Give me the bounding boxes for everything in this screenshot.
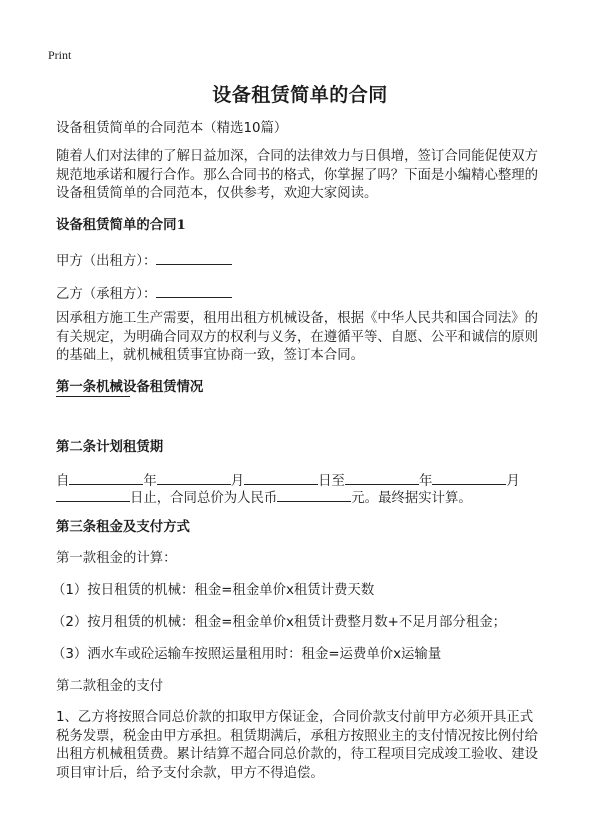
- preamble-line: 有关规定，为明确合同双方的权利与义务，在遵循平等、自愿、公平和诚信的原则: [56, 329, 556, 348]
- intro-paragraph: 随着人们对法律的了解日益加深，合同的法律效力与日俱增，签订合同能促使双方 规范地…: [56, 148, 556, 204]
- party-b-field[interactable]: [156, 283, 232, 298]
- payment-line: 出租方机械租赁费。累计结算不超合同总价款的，待工程项目完成竣工验收、建设: [56, 746, 556, 765]
- month-label: 月: [506, 474, 519, 489]
- payment-paragraph: 1、乙方将按照合同总价款的扣取甲方保证金，合同价款支付前甲方必须开具正式 税务发…: [56, 709, 556, 783]
- rent-item: （2）按月租赁的机械：租金=租金单价x租赁计费整月数+不足月部分租金；: [52, 614, 506, 632]
- intro-line: 规范地承诺和履行合作。那么合同书的格式，你掌握了吗？下面是小编精心整理的: [56, 167, 556, 186]
- party-b-label: 乙方（承租方）：: [56, 287, 156, 302]
- start-day-field[interactable]: [244, 470, 318, 485]
- payment-line: 税务发票，税金由甲方承担。租赁期满后，承租方按照业主的支付情况按比例付给: [56, 728, 556, 747]
- clause2-title: 第二款租金的支付: [56, 678, 163, 696]
- preamble-line: 的基础上，就机械租赁事宜协商一致，签订本合同。: [56, 347, 556, 366]
- end-day-field[interactable]: [56, 487, 130, 502]
- day-end-label: 日止，合同总价为人民币: [130, 491, 277, 506]
- intro-line: 随着人们对法律的了解日益加深，合同的法律效力与日俱增，签订合同能促使双方: [56, 148, 556, 167]
- payment-line: 项目审计后，给予支付余款，甲方不得追偿。: [56, 765, 556, 784]
- party-a-row: 甲方（出租方）：: [56, 250, 232, 271]
- end-month-field[interactable]: [432, 470, 506, 485]
- print-link[interactable]: Print: [48, 48, 71, 63]
- preamble-paragraph: 因承租方施工生产需要，租用出租方机械设备，根据《中华人民共和国合同法》的 有关规…: [56, 310, 556, 366]
- party-b-row: 乙方（承租方）：: [56, 283, 232, 304]
- start-year-field[interactable]: [69, 470, 143, 485]
- lease-period-line2: 日止，合同总价为人民币元。最终据实计算。: [56, 487, 472, 508]
- intro-line: 设备租赁简单的合同范本，仅供参考，欢迎大家阅读。: [56, 185, 556, 204]
- rent-item: （3）洒水车或砼运输车按照运量租用时：租金=运费单价x运输量: [52, 646, 441, 664]
- document-subtitle: 设备租赁简单的合同范本（精选10篇）: [56, 120, 287, 138]
- payment-line: 1、乙方将按照合同总价款的扣取甲方保证金，合同价款支付前甲方必须开具正式: [56, 709, 556, 728]
- article1-blank-field[interactable]: [56, 396, 130, 397]
- yuan-label: 元。最终据实计算。: [351, 491, 472, 506]
- article1-heading: 第一条机械设备租赁情况: [56, 378, 203, 396]
- end-year-field[interactable]: [345, 470, 419, 485]
- party-a-field[interactable]: [156, 250, 232, 265]
- preamble-line: 因承租方施工生产需要，租用出租方机械设备，根据《中华人民共和国合同法》的: [56, 310, 556, 329]
- party-a-label: 甲方（出租方）：: [56, 254, 156, 269]
- start-month-field[interactable]: [157, 470, 231, 485]
- clause1-title: 第一款租金的计算：: [56, 550, 177, 568]
- article2-heading: 第二条计划租赁期: [56, 438, 163, 456]
- article3-heading: 第三条租金及支付方式: [56, 518, 190, 536]
- rent-item: （1）按日租赁的机械：租金=租金单价x租赁计费天数: [52, 582, 374, 600]
- total-price-field[interactable]: [277, 487, 351, 502]
- document-page: Print 设备租赁简单的合同 设备租赁简单的合同范本（精选10篇） 随着人们对…: [0, 0, 600, 828]
- contract-heading: 设备租赁简单的合同1: [56, 216, 186, 234]
- document-title: 设备租赁简单的合同: [0, 80, 600, 107]
